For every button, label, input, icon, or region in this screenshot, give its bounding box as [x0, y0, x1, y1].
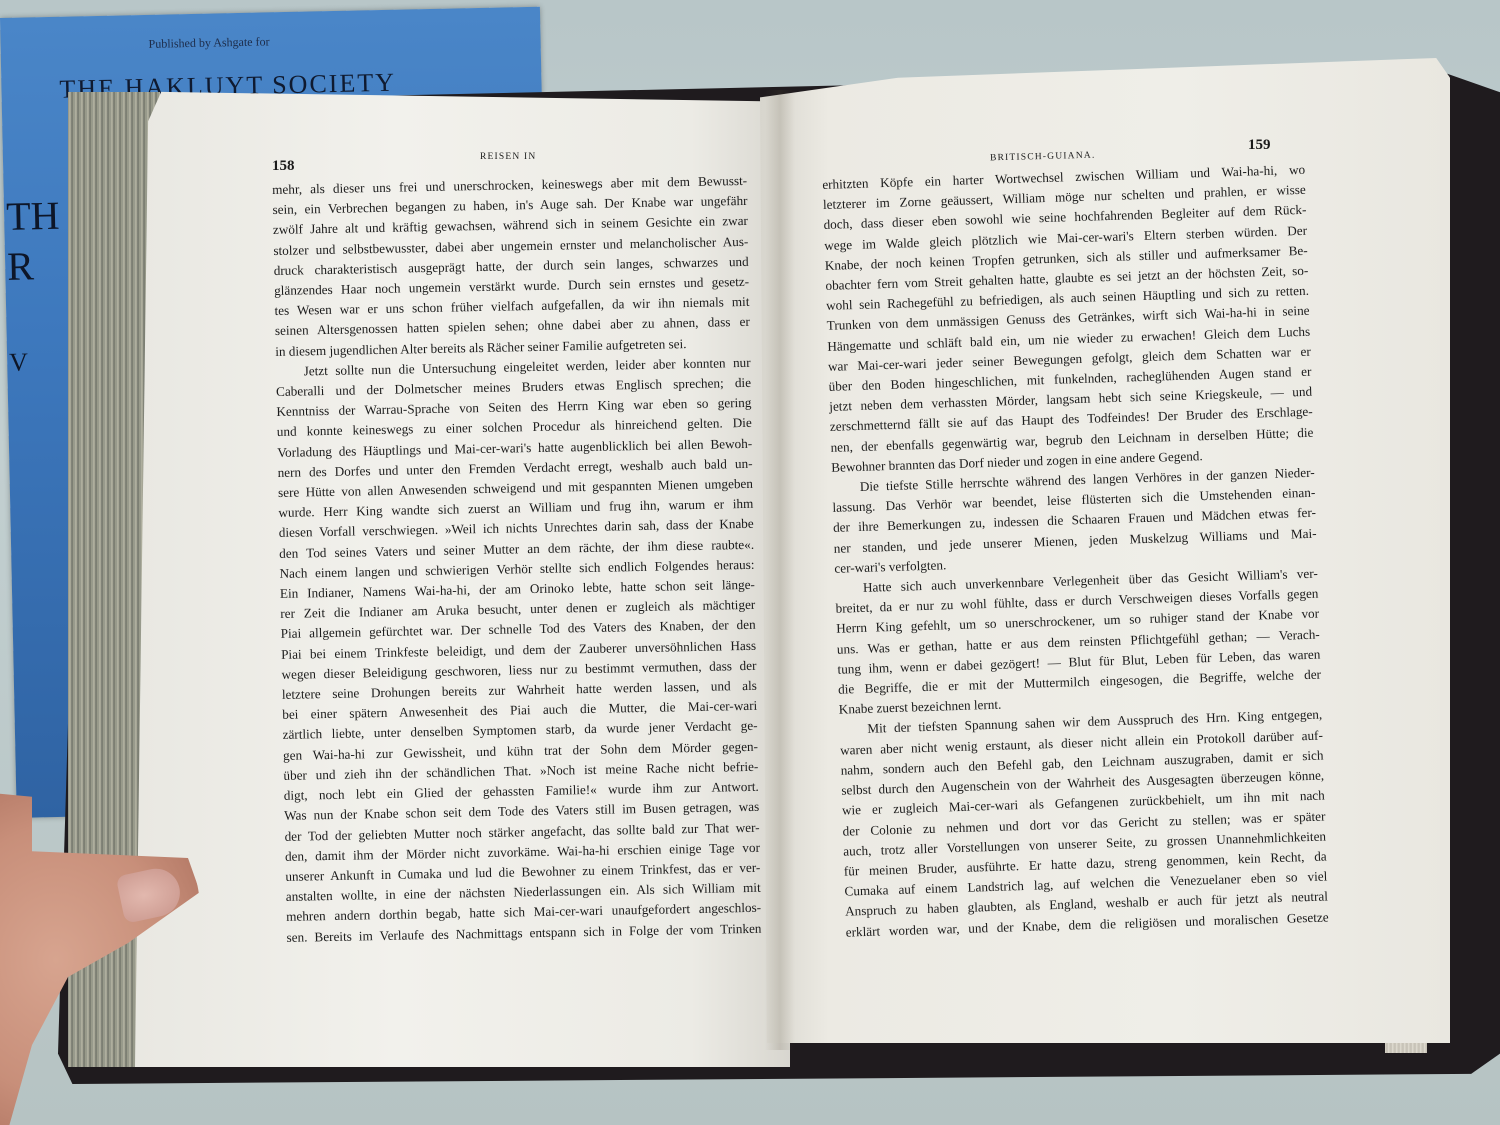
- left-page-body-text: mehr, als dieser uns frei und unerschroc…: [272, 171, 762, 948]
- running-head-left: REISEN IN: [480, 152, 536, 162]
- cover-fragment: TH: [6, 192, 60, 240]
- publisher-line: Published by Ashgate for: [148, 34, 269, 52]
- page-number-left: 158: [272, 158, 295, 175]
- cover-fragment: V: [9, 347, 28, 377]
- page-number-right: 159: [1248, 137, 1271, 154]
- cover-fragment: R: [7, 242, 35, 290]
- gutter-shadow: [765, 90, 795, 1050]
- right-page-body-text: erhitzten Köpfe ein harter Wortwechsel z…: [822, 160, 1329, 943]
